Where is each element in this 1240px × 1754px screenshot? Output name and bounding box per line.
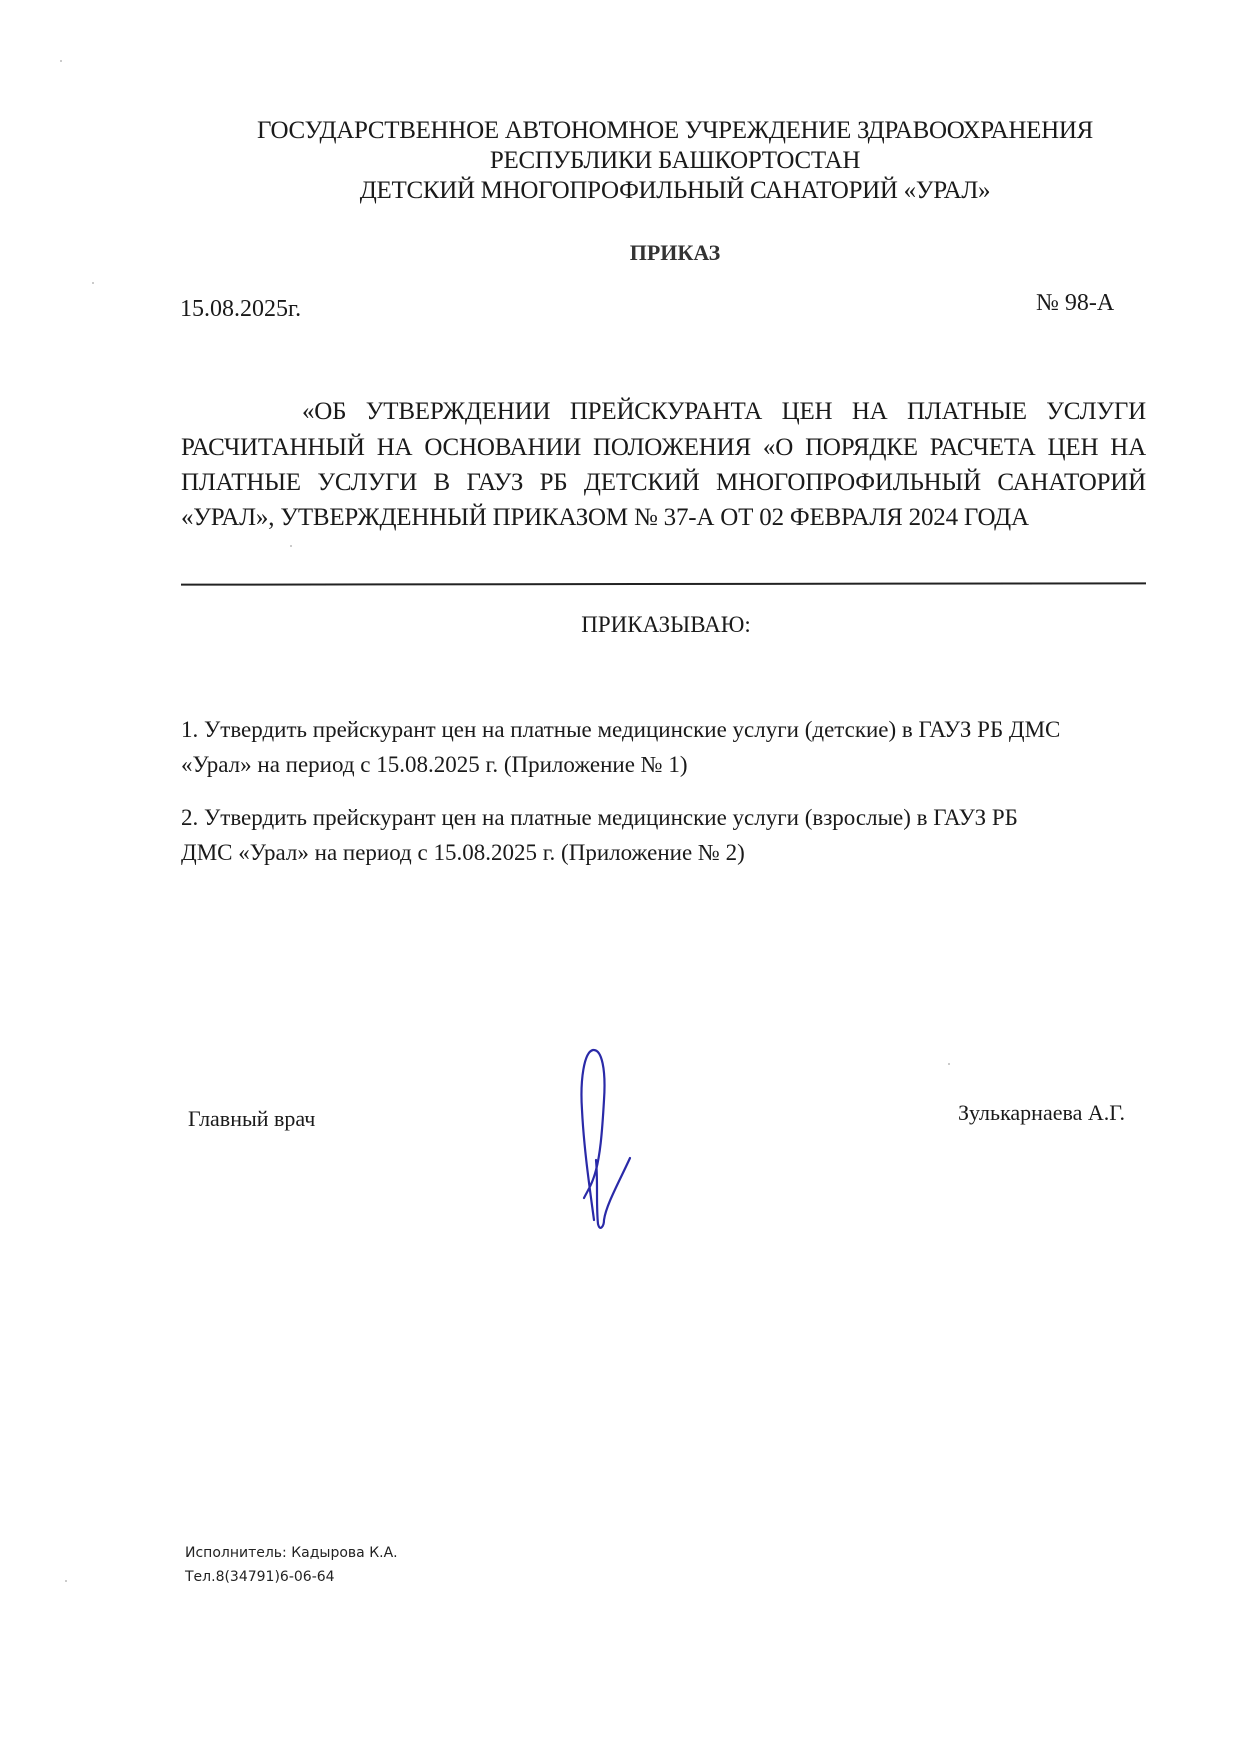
order-heading: ПРИКАЗЫВАЮ: — [0, 612, 1240, 638]
scan-speck — [92, 282, 94, 284]
organization-name-line-3: ДЕТСКИЙ МНОГОПРОФИЛЬНЫЙ САНАТОРИЙ «УРАЛ» — [0, 177, 1240, 205]
executor-phone: Тел.8(34791)6-06-64 — [185, 1569, 335, 1585]
subject-line: РАСЧИТАННЫЙ НА ОСНОВАНИИ ПОЛОЖЕНИЯ «О ПО… — [181, 434, 1146, 462]
subject-line: «УРАЛ», УТВЕРЖДЕННЫЙ ПРИКАЗОМ № 37-А ОТ … — [181, 504, 1029, 532]
signatory-role: Главный врач — [188, 1106, 315, 1132]
handwritten-signature-icon — [560, 1040, 660, 1240]
order-item-text: 2. Утвердить прейскурант цен на платные … — [181, 805, 1018, 831]
executor-name: Исполнитель: Кадырова К.А. — [185, 1545, 398, 1561]
order-item-text: ДМС «Урал» на период с 15.08.2025 г. (Пр… — [181, 840, 745, 866]
scan-speck — [948, 1063, 950, 1065]
order-item-text: 1. Утвердить прейскурант цен на платные … — [181, 717, 1060, 743]
document-type-title: ПРИКАЗ — [0, 240, 1240, 266]
document-number: № 98-А — [1036, 290, 1114, 317]
order-item-text: «Урал» на период с 15.08.2025 г. (Прилож… — [181, 752, 688, 778]
document-date: 15.08.2025г. — [180, 296, 301, 323]
organization-name-line-1: ГОСУДАРСТВЕННОЕ АВТОНОМНОЕ УЧРЕЖДЕНИЕ ЗД… — [0, 117, 1240, 145]
scan-speck — [65, 1580, 67, 1582]
scan-speck — [60, 60, 62, 62]
scan-speck — [290, 545, 292, 547]
organization-name-line-2: РЕСПУБЛИКИ БАШКОРТОСТАН — [0, 147, 1240, 175]
subject-line: ПЛАТНЫЕ УСЛУГИ В ГАУЗ РБ ДЕТСКИЙ МНОГОПР… — [181, 469, 1146, 497]
horizontal-rule — [181, 582, 1146, 585]
subject-line: «ОБ УТВЕРЖДЕНИИ ПРЕЙСКУРАНТА ЦЕН НА ПЛАТ… — [302, 398, 1146, 426]
signatory-name: Зулькарнаева А.Г. — [958, 1100, 1125, 1126]
